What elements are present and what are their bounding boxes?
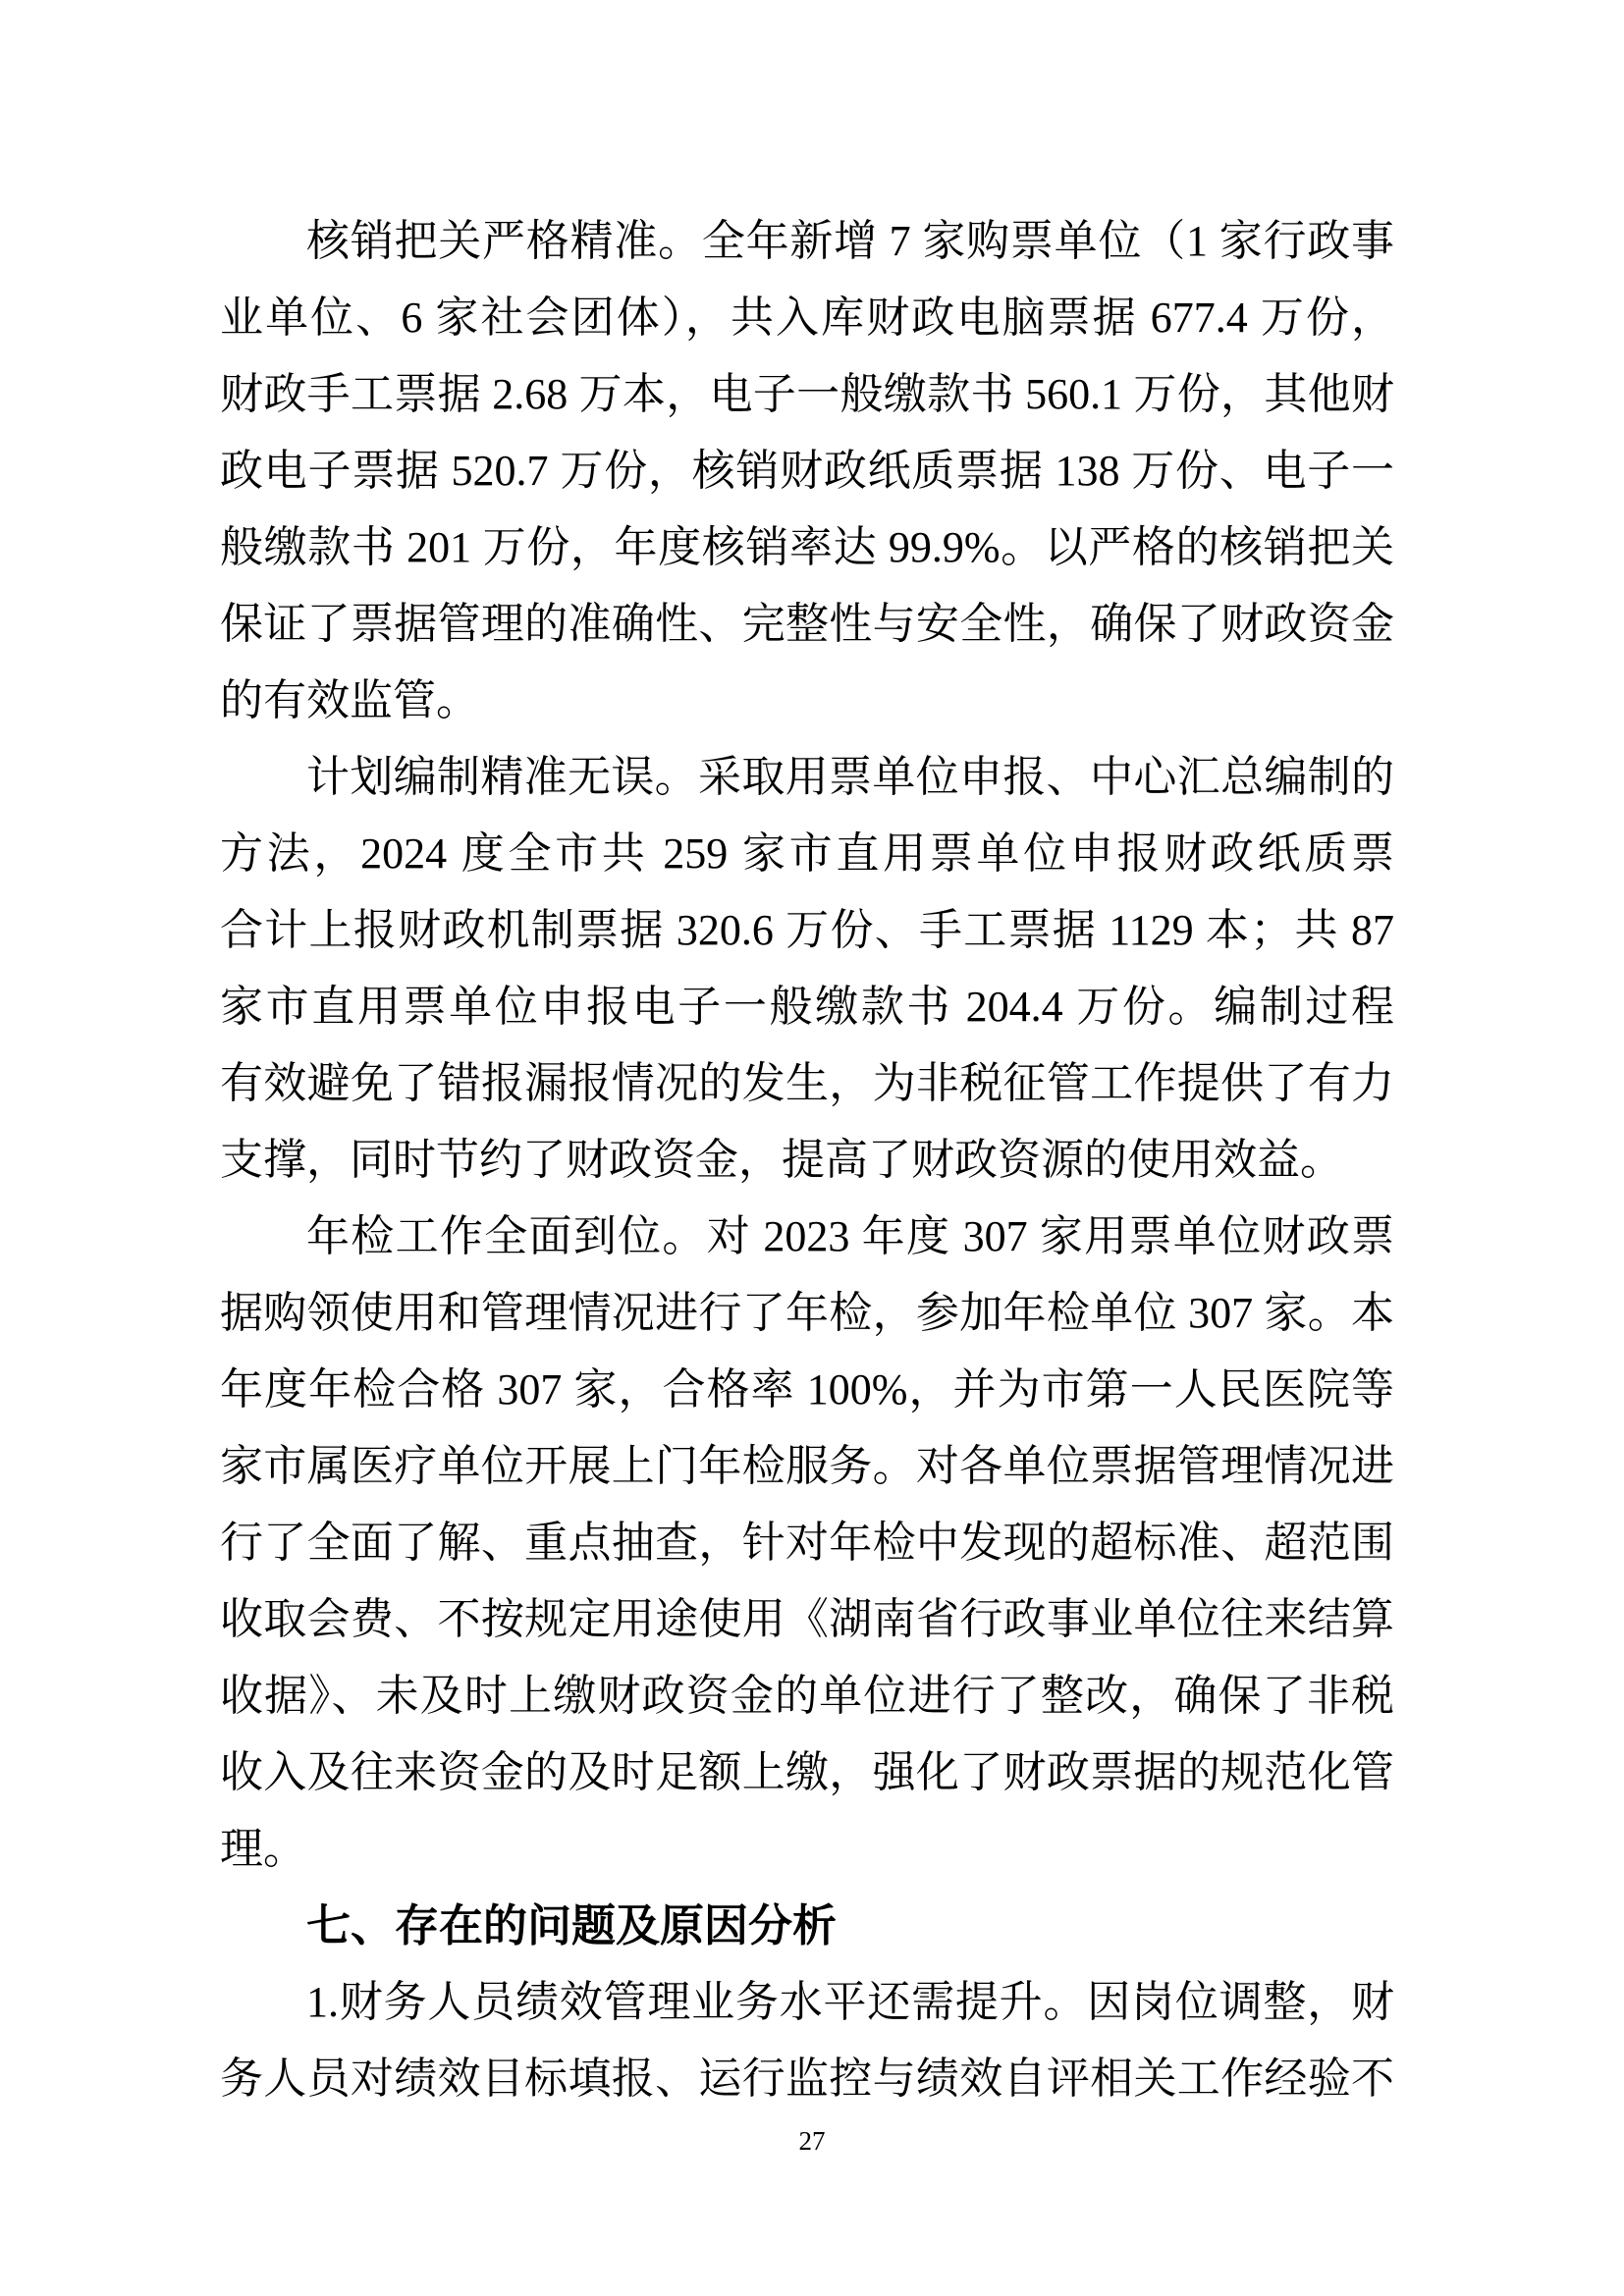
text-line: 年检工作全面到位。对 2023 年度 307 家用票单位财政票 <box>220 1199 1394 1275</box>
paragraph-wenti-1: 1.财务人员绩效管理业务水平还需提升。因岗位调整，财 务人员对绩效目标填报、运行… <box>220 1964 1394 2117</box>
section-heading: 七、存在的问题及原因分析 <box>220 1888 1394 1964</box>
text-line: 核销把关严格精准。全年新增 7 家购票单位（1 家行政事 <box>220 203 1394 280</box>
document-text-block: 核销把关严格精准。全年新增 7 家购票单位（1 家行政事 业单位、6 家社会团体… <box>220 203 1394 2117</box>
text-line: 方法，2024 度全市共 259 家市直用票单位申报财政纸质票据， <box>220 816 1394 892</box>
text-line: 般缴款书 201 万份，年度核销率达 99.9%。以严格的核销把关 <box>220 509 1394 586</box>
text-line: 家市属医疗单位开展上门年检服务。对各单位票据管理情况进 <box>220 1428 1394 1505</box>
text-line: 收入及往来资金的及时足额上缴，强化了财政票据的规范化管 <box>220 1735 1394 1811</box>
paragraph-hexiao: 核销把关严格精准。全年新增 7 家购票单位（1 家行政事 业单位、6 家社会团体… <box>220 203 1394 739</box>
paragraph-nianjian: 年检工作全面到位。对 2023 年度 307 家用票单位财政票 据购领使用和管理… <box>220 1199 1394 1888</box>
text-line: 业单位、6 家社会团体），共入库财政电脑票据 677.4 万份， <box>220 280 1394 356</box>
text-line: 收据》、未及时上缴财政资金的单位进行了整改，确保了非税 <box>220 1658 1394 1735</box>
text-line: 据购领使用和管理情况进行了年检，参加年检单位 307 家。本 <box>220 1275 1394 1352</box>
text-line: 的有效监管。 <box>220 663 1394 739</box>
text-line: 年度年检合格 307 家，合格率 100%，并为市第一人民医院等 7 <box>220 1352 1394 1428</box>
text-line: 支撑，同时节约了财政资金，提高了财政资源的使用效益。 <box>220 1122 1394 1199</box>
page-number: 27 <box>0 2126 1624 2157</box>
text-line: 收取会费、不按规定用途使用《湖南省行政事业单位往来结算 <box>220 1581 1394 1658</box>
text-line: 财政手工票据 2.68 万本，电子一般缴款书 560.1 万份，其他财 <box>220 356 1394 433</box>
text-line: 行了全面了解、重点抽查，针对年检中发现的超标准、超范围 <box>220 1505 1394 1581</box>
text-line: 理。 <box>220 1811 1394 1888</box>
section-heading-container: 七、存在的问题及原因分析 <box>220 1888 1394 1964</box>
text-line: 1.财务人员绩效管理业务水平还需提升。因岗位调整，财 <box>220 1964 1394 2041</box>
document-page: { "document": { "paragraphs": [ { "lines… <box>0 0 1624 2296</box>
paragraph-jihua: 计划编制精准无误。采取用票单位申报、中心汇总编制的 方法，2024 度全市共 2… <box>220 739 1394 1199</box>
text-line: 政电子票据 520.7 万份，核销财政纸质票据 138 万份、电子一 <box>220 433 1394 509</box>
text-line: 有效避免了错报漏报情况的发生，为非税征管工作提供了有力 <box>220 1045 1394 1122</box>
text-line: 保证了票据管理的准确性、完整性与安全性，确保了财政资金 <box>220 586 1394 663</box>
text-line: 务人员对绩效目标填报、运行监控与绩效自评相关工作经验不 <box>220 2041 1394 2117</box>
text-line: 家市直用票单位申报电子一般缴款书 204.4 万份。编制过程中， <box>220 969 1394 1045</box>
text-line: 合计上报财政机制票据 320.6 万份、手工票据 1129 本；共 87 <box>220 892 1394 969</box>
text-line: 计划编制精准无误。采取用票单位申报、中心汇总编制的 <box>220 739 1394 816</box>
